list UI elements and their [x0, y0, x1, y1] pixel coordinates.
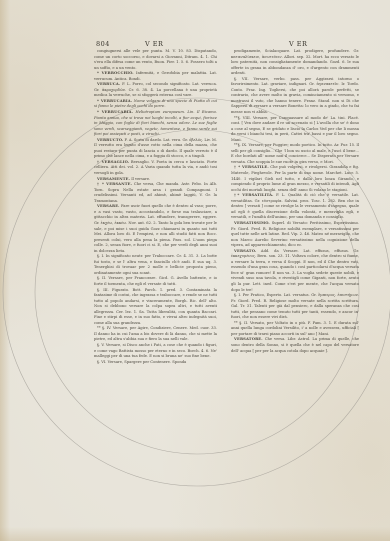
entry: prodigamente, Scialacquare. Lat. prodige…	[231, 49, 359, 77]
entry-text: §. V. Versare, si Disco anche i Fati, a …	[94, 343, 217, 358]
entry: * VERRUCARIA. Nome volgare di una specie…	[94, 99, 217, 110]
entry: **§. VIII. Versare, per Conquassare al m…	[231, 116, 359, 144]
entry: §. I. Per Pratico, Esperto. Lat. versatu…	[231, 293, 359, 321]
entry: VERSATORE. Che versa. Libr. Astrol. La p…	[231, 337, 359, 354]
entry-text: §. II. Versare, per Francorare. Gicd. G.…	[94, 276, 217, 286]
entry: §. V. Versare, si Disco anche i Fati, a …	[94, 343, 217, 360]
entry: §. II. Versare, per Francorare. Gicd. G.…	[94, 276, 217, 287]
entry-headword: † * VERSATILE.	[234, 165, 269, 169]
entry-headword: VERRUCA.	[97, 82, 120, 86]
entry-text: prodigamente, Scialacquare. Lat. prodige…	[231, 49, 359, 75]
paper-edge-stain-left	[0, 0, 10, 541]
entry: **§. IX. Versare, per Fuggire; modo poet…	[231, 143, 359, 165]
entry-text: §. III. Figurato. Bott. Parch. 1. pred. …	[94, 288, 217, 325]
entry: §. I. In significato neutr. per Trabocca…	[94, 254, 217, 276]
entry-headword: VERSATISSIMO.	[234, 221, 270, 225]
entry: ** §. II. Versato, per Voltato in o più.…	[231, 321, 359, 338]
entry-text: congiugnersi alle vele per punta. M. V. …	[94, 49, 217, 70]
entry-headword: VERSAMENTE.	[97, 177, 130, 181]
entry: VERRUCA. F. L. Porro, col secondo signif…	[94, 82, 217, 99]
entry: * VERROCCHIO. Infermità, e Gerofobia per…	[94, 71, 217, 82]
entry: §. VII. Versare, verbo. pass. per Aggira…	[231, 77, 359, 116]
right-column: prodigamente, Scialacquare. Lat. prodige…	[231, 49, 359, 354]
entry-text: §. I. Per Pratico, Esperto. Lat. versatu…	[231, 293, 359, 319]
entry-text: §. VII. Versare, verbo. pass. per Aggira…	[231, 77, 359, 114]
entry-text: ** §. IV. Versare, per Agire, Condiziere…	[94, 326, 217, 341]
entry: §. III. Figurato. Bott. Parch. 1. pred. …	[94, 288, 217, 327]
entry-headword: † * VERSANTE.	[97, 182, 132, 186]
entry-text: Il versare.	[131, 177, 150, 181]
entry-text: Add. da Versare. Lat. effusus, effusus. …	[231, 249, 359, 292]
entry-headword: VERRUCTO.	[97, 138, 123, 142]
entry-headword: * VERRUCARIA.	[97, 99, 132, 103]
entry: VERSATISSIMO. Superl. di Versato: Periti…	[231, 221, 359, 249]
entry-text: §. VI. Versare, Spargere per Contenere. …	[97, 360, 186, 364]
entry-headword: VERSATORE.	[234, 337, 263, 341]
entry: † VERSAGLIO. Bersaglio. V. Poeta in cerc…	[94, 160, 217, 177]
entry: §. VI. Versare, Spargere per Contenere. …	[94, 360, 217, 366]
entry: †* VERSATILITÀ. F. L. Qualità di ciò che…	[231, 193, 359, 221]
running-head-right: V ER	[289, 40, 307, 48]
entry-headword: * VERRUCARIA.	[97, 110, 133, 114]
entry-headword: VERSARE.	[97, 204, 120, 208]
paper-edge-stain-bottom	[0, 527, 390, 541]
page-number: 804	[96, 40, 110, 48]
entry: VERSARE. Fare uscir fuori quello che è d…	[94, 204, 217, 254]
entry: VERSATO. Add. da Versare. Lat. effusus, …	[231, 249, 359, 293]
entry-text: **§. VIII. Versare, per Conquassare al m…	[231, 116, 359, 142]
entry: congiugnersi alle vele per punta. M. V. …	[94, 49, 217, 71]
entry: † * VERSANTE. Che versa, Che manda. Astr…	[94, 182, 217, 204]
entry-text: §. I. In significato neutr. per Trabocca…	[94, 254, 217, 275]
entry-headword: VERSATO.	[234, 249, 256, 253]
entry-text: Fare uscir fuori quello che è dentro al …	[94, 204, 217, 252]
running-head-left: V ER	[145, 40, 163, 48]
entry-headword: †* VERSATILITÀ.	[234, 193, 274, 197]
left-column: congiugnersi alle vele per punta. M. V. …	[94, 49, 217, 365]
entry: † * VERSATILE. Che può volgersi, e rivol…	[231, 165, 359, 193]
entry: * VERRUCARIA. Heliotropium europaeum. Li…	[94, 110, 217, 138]
entry-headword: * VERROCCHIO.	[97, 71, 134, 75]
entry: ** §. IV. Versare, per Agire, Condiziere…	[94, 326, 217, 343]
entry-headword: † VERSAGLIO.	[97, 160, 129, 164]
entry-text: **§. IX. Versare, per Fuggire; modo poet…	[231, 143, 359, 164]
entry: VERRUCTO. F. A. Sorta di dardo. Lat. ver…	[94, 138, 217, 160]
entry-text: ** §. II. Versato, per Voltato in o più.…	[231, 321, 359, 336]
